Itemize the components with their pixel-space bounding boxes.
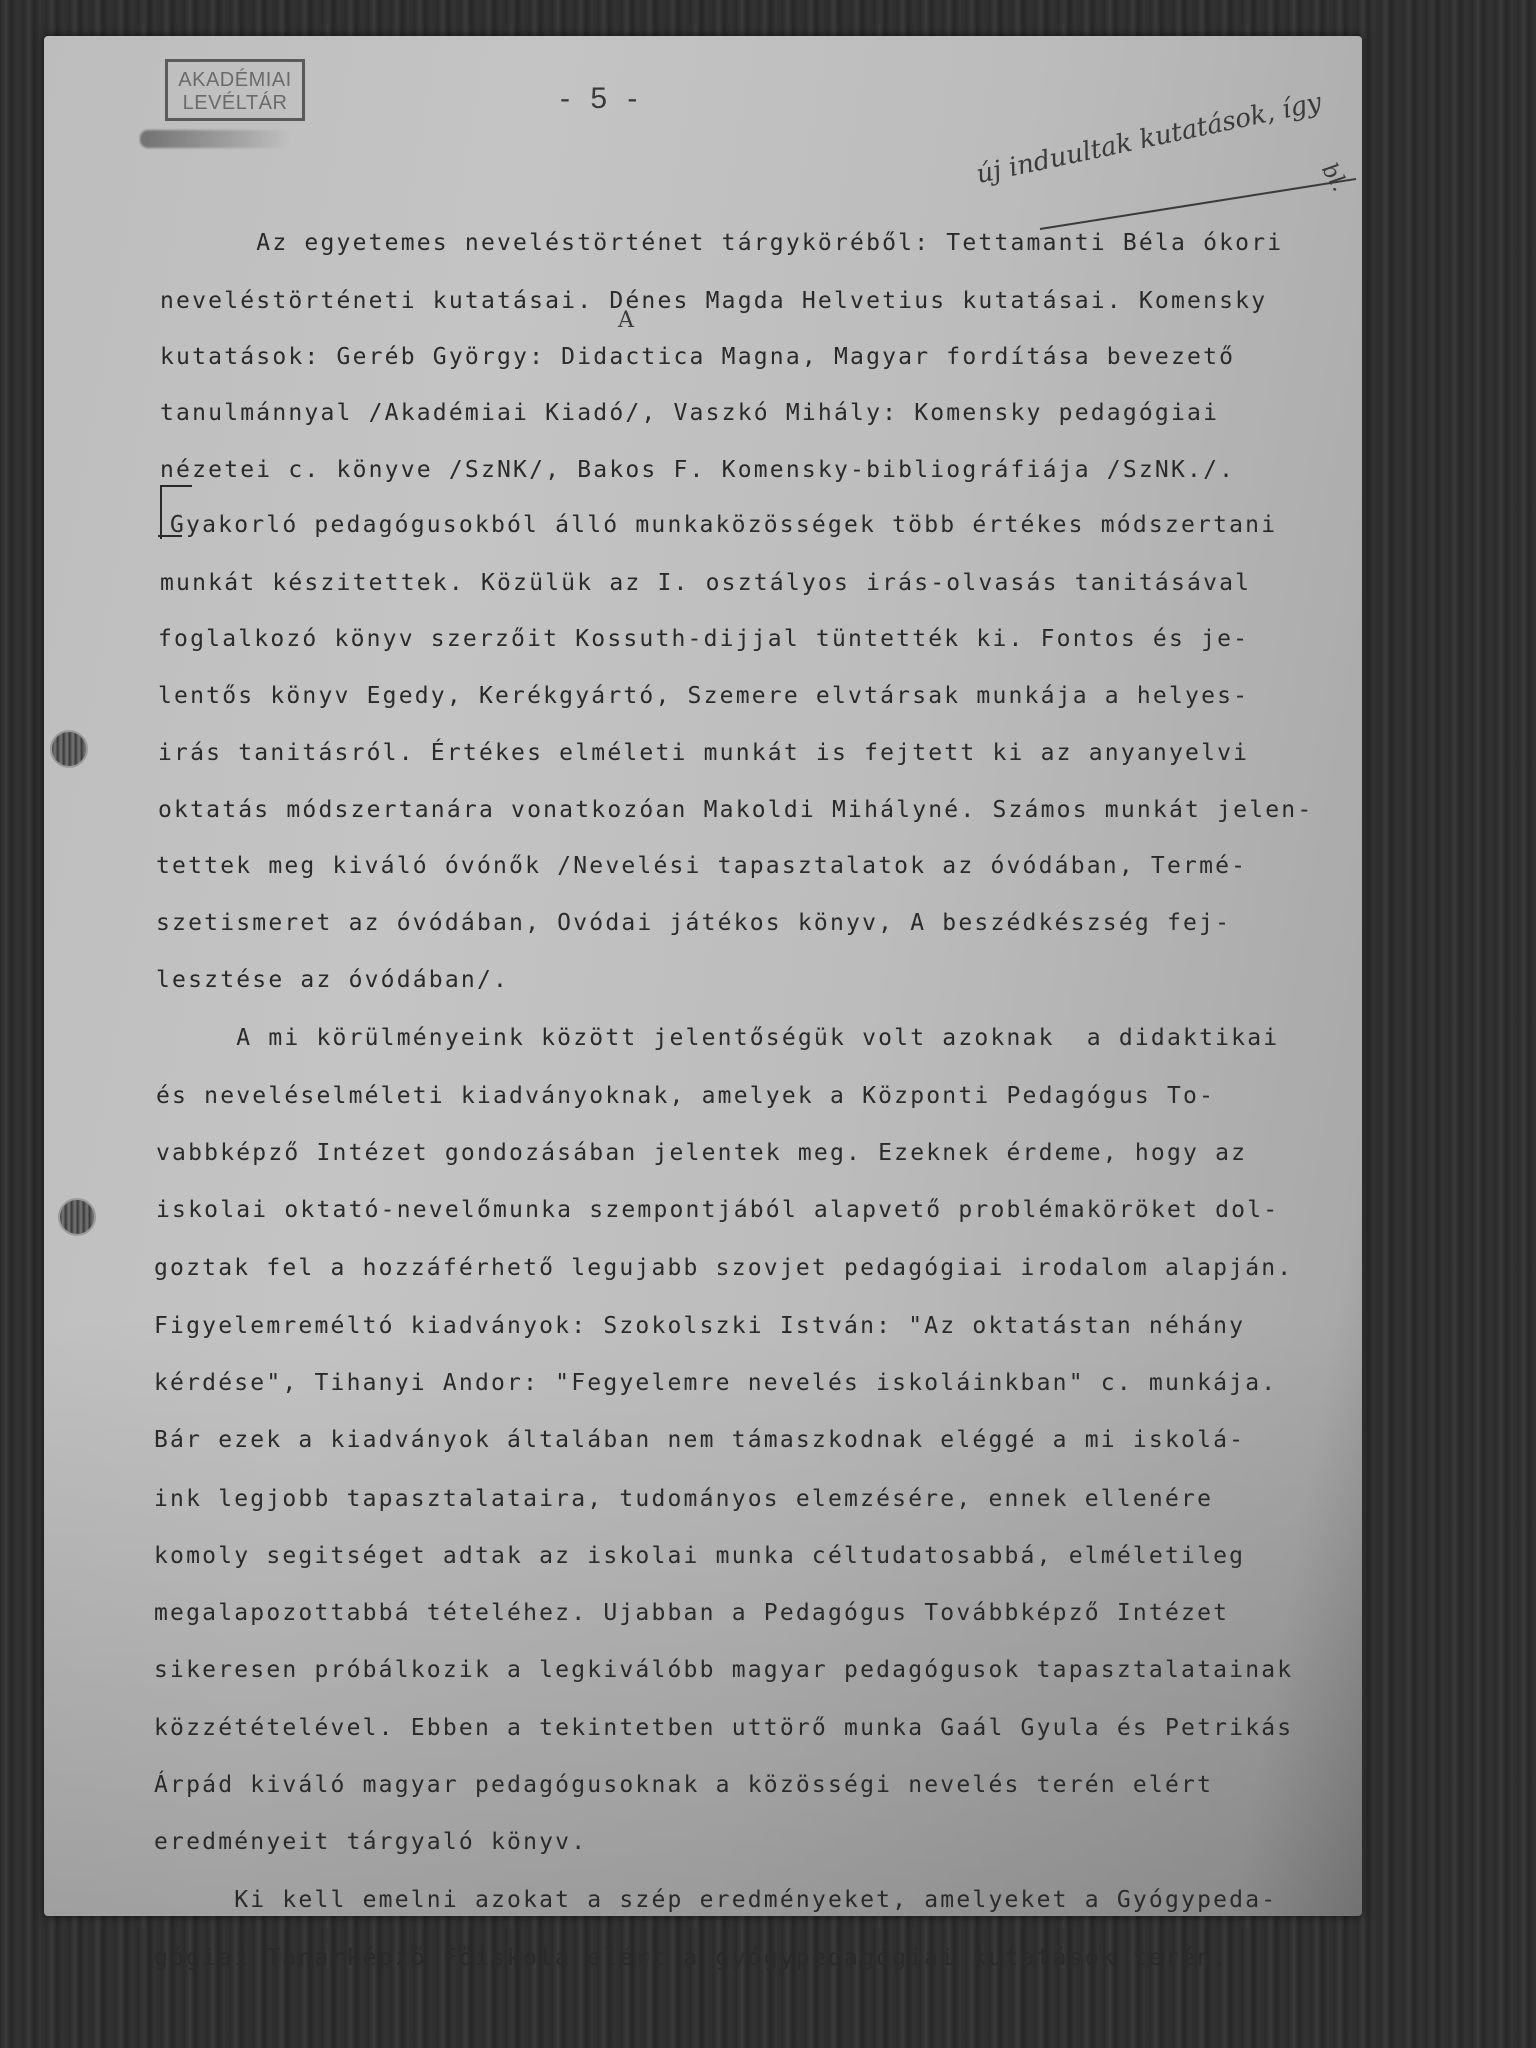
text-line: oktatás módszertanára vonatkozóan Makold… [158, 797, 1313, 823]
text-line: vabbképző Intézet gondozásában jelentek … [156, 1140, 1247, 1166]
text-line: szetismeret az óvódában, Ovódai játékos … [156, 910, 1231, 936]
text-line: tanulmánnyal /Akadémiai Kiadó/, Vaszkó M… [160, 400, 1219, 426]
text-line: komoly segitséget adtak az iskolai munka… [154, 1543, 1245, 1569]
text-line: ink legjobb tapasztalataira, tudományos … [154, 1486, 1213, 1512]
text-line: Bár ezek a kiadványok általában nem táma… [154, 1427, 1245, 1453]
text-line: Figyelemreméltó kiadványok: Szokolszki I… [154, 1313, 1245, 1339]
text-line: közzétételével. Ebben a tekintetben uttö… [154, 1715, 1293, 1741]
text-line: lentős könyv Egedy, Kerékgyártó, Szemere… [158, 683, 1249, 709]
text-line: lesztése az óvódában/. [156, 967, 509, 993]
text-line: A mi körülményeink között jelentőségük v… [156, 1025, 1279, 1051]
text-line: goztak fel a hozzáférhető legujabb szovj… [154, 1255, 1293, 1281]
stamp-line-2: LEVÉLTÁR [168, 92, 302, 115]
text-line: eredményeit tárgyaló könyv. [154, 1829, 587, 1855]
text-line: munkát készitettek. Közülük az I. osztál… [160, 570, 1251, 596]
text-line: kérdése", Tihanyi Andor: "Fegyelemre nev… [154, 1370, 1277, 1396]
text-line: irás tanitásról. Értékes elméleti munkát… [158, 740, 1249, 766]
text-line: kutatások: Geréb György: Didactica Magna… [160, 344, 1235, 370]
text-line: Az egyetemes neveléstörténet tárgykörébő… [160, 230, 1283, 256]
text-line: tettek meg kiváló óvónők /Nevelési tapas… [156, 853, 1247, 879]
stamp-smudge [140, 130, 290, 148]
punch-hole-icon [58, 1198, 96, 1236]
text-line: foglalkozó könyv szerzőit Kossuth-dijjal… [158, 626, 1249, 652]
archive-stamp: AKADÉMIAI LEVÉLTÁR [165, 59, 305, 121]
text-line: iskolai oktató-nevelőmunka szempontjából… [156, 1197, 1279, 1223]
text-line: sikeresen próbálkozik a legkiválóbb magy… [154, 1657, 1293, 1683]
stamp-line-1: AKADÉMIAI [168, 69, 302, 92]
text-line: nézetei c. könyve /SzNK/, Bakos F. Komen… [160, 457, 1235, 483]
text-line: megalapozottabbá tételéhez. Ujabban a Pe… [154, 1600, 1229, 1626]
text-line: Árpád kiváló magyar pedagógusoknak a köz… [154, 1772, 1213, 1798]
text-line: Ki kell emelni azokat a szép eredményeke… [154, 1887, 1277, 1913]
punch-hole-icon [50, 730, 88, 768]
page-number: - 5 - [560, 82, 643, 116]
text-line: Gyakorló pedagógusokból álló munkaközöss… [170, 512, 1277, 538]
text-line: neveléstörténeti kutatásai. Dénes Magda … [160, 288, 1267, 314]
text-line: gógiai Tanárképző Főiskola elért a gyógy… [154, 1945, 1229, 1971]
text-line: és neveléselméleti kiadványoknak, amelye… [156, 1083, 1215, 1109]
